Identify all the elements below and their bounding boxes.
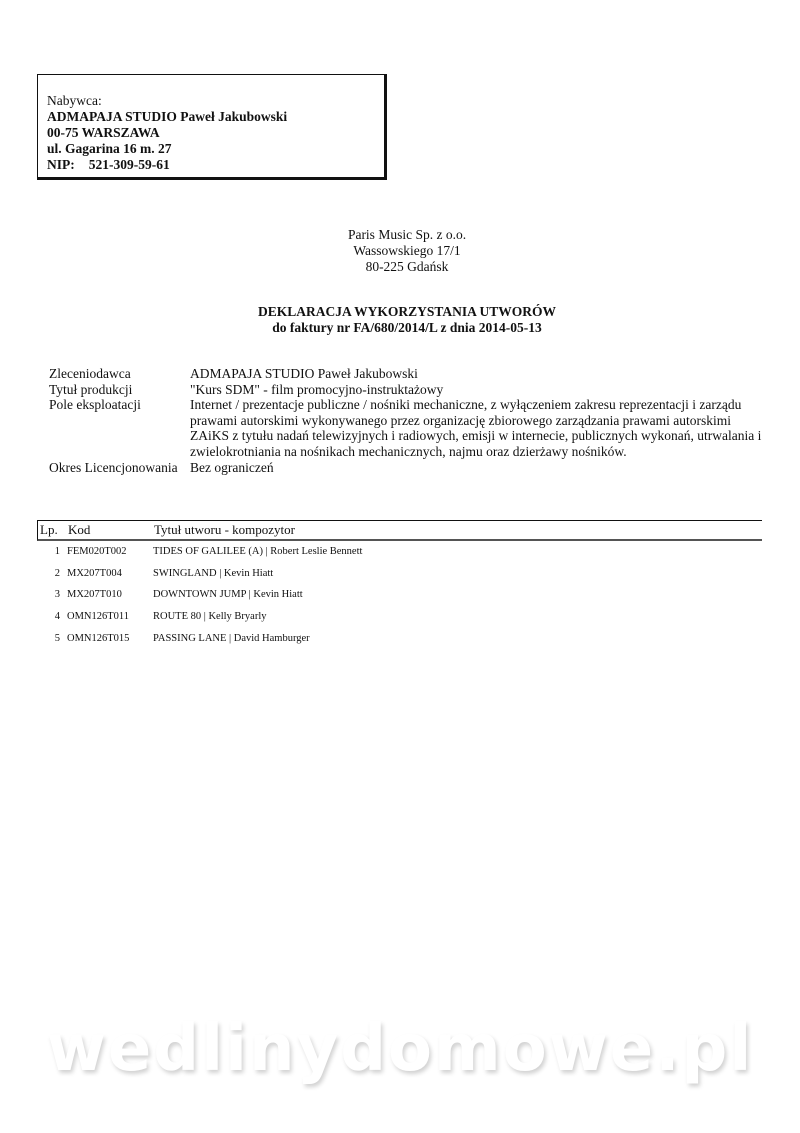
- table-row: 3 MX207T010 DOWNTOWN JUMP | Kevin Hiatt: [37, 584, 762, 606]
- row-kod: OMN126T015: [67, 633, 153, 644]
- info-value: "Kurs SDM" - film promocyjno-instruktażo…: [190, 382, 769, 398]
- row-kod: FEM020T002: [67, 546, 153, 557]
- info-label: Tytuł produkcji: [49, 382, 190, 398]
- table-row: 5 OMN126T015 PASSING LANE | David Hambur…: [37, 627, 762, 649]
- buyer-label: Nabywca:: [47, 93, 384, 109]
- table-header: Lp. Kod Tytuł utworu - kompozytor: [37, 520, 762, 541]
- seller-address: Paris Music Sp. z o.o. Wassowskiego 17/1…: [0, 227, 800, 275]
- document-title: DEKLARACJA WYKORZYSTANIA UTWORÓW do fakt…: [0, 304, 800, 336]
- info-row-exploitation-field: Pole eksploatacji Internet / prezentacje…: [49, 397, 769, 459]
- info-section: Zleceniodawca ADMAPAJA STUDIO Paweł Jaku…: [49, 366, 769, 475]
- info-row-client: Zleceniodawca ADMAPAJA STUDIO Paweł Jaku…: [49, 366, 769, 382]
- seller-name: Paris Music Sp. z o.o.: [0, 227, 800, 243]
- info-label: Zleceniodawca: [49, 366, 190, 382]
- header-lp: Lp.: [38, 522, 68, 538]
- row-kod: MX207T010: [67, 589, 153, 600]
- row-title: DOWNTOWN JUMP | Kevin Hiatt: [153, 589, 762, 600]
- row-lp: 3: [37, 589, 67, 600]
- info-row-production-title: Tytuł produkcji "Kurs SDM" - film promoc…: [49, 382, 769, 398]
- table-row: 1 FEM020T002 TIDES OF GALILEE (A) | Robe…: [37, 541, 762, 563]
- title-line-2: do faktury nr FA/680/2014/L z dnia 2014-…: [0, 320, 800, 336]
- row-lp: 2: [37, 568, 67, 579]
- row-lp: 1: [37, 546, 67, 557]
- buyer-nip-label: NIP:: [47, 157, 75, 172]
- row-title: ROUTE 80 | Kelly Bryarly: [153, 611, 762, 622]
- row-kod: MX207T004: [67, 568, 153, 579]
- info-value: Bez ograniczeń: [190, 460, 769, 476]
- info-label: Okres Licencjonowania: [49, 460, 190, 476]
- header-title: Tytuł utworu - kompozytor: [154, 522, 762, 538]
- tracks-table: Lp. Kod Tytuł utworu - kompozytor 1 FEM0…: [37, 520, 762, 649]
- buyer-postal-city: 00-75 WARSZAWA: [47, 125, 384, 141]
- table-row: 4 OMN126T011 ROUTE 80 | Kelly Bryarly: [37, 606, 762, 628]
- info-row-license-period: Okres Licencjonowania Bez ograniczeń: [49, 460, 769, 476]
- buyer-street: ul. Gagarina 16 m. 27: [47, 141, 384, 157]
- row-kod: OMN126T011: [67, 611, 153, 622]
- header-kod: Kod: [68, 522, 154, 538]
- buyer-nip: NIP:521-309-59-61: [47, 157, 384, 173]
- row-title: TIDES OF GALILEE (A) | Robert Leslie Ben…: [153, 546, 762, 557]
- table-row: 2 MX207T004 SWINGLAND | Kevin Hiatt: [37, 563, 762, 585]
- buyer-name: ADMAPAJA STUDIO Paweł Jakubowski: [47, 109, 384, 125]
- info-value: ADMAPAJA STUDIO Paweł Jakubowski: [190, 366, 769, 382]
- watermark: wedlinydomowe.pl: [0, 1012, 800, 1086]
- row-title: PASSING LANE | David Hamburger: [153, 633, 762, 644]
- row-lp: 4: [37, 611, 67, 622]
- buyer-box: Nabywca: ADMAPAJA STUDIO Paweł Jakubowsk…: [37, 74, 387, 180]
- info-value: Internet / prezentacje publiczne / nośni…: [190, 397, 769, 459]
- seller-postal-city: 80-225 Gdańsk: [0, 259, 800, 275]
- buyer-nip-value: 521-309-59-61: [89, 157, 170, 172]
- row-lp: 5: [37, 633, 67, 644]
- row-title: SWINGLAND | Kevin Hiatt: [153, 568, 762, 579]
- seller-street: Wassowskiego 17/1: [0, 243, 800, 259]
- title-line-1: DEKLARACJA WYKORZYSTANIA UTWORÓW: [0, 304, 800, 320]
- info-label: Pole eksploatacji: [49, 397, 190, 459]
